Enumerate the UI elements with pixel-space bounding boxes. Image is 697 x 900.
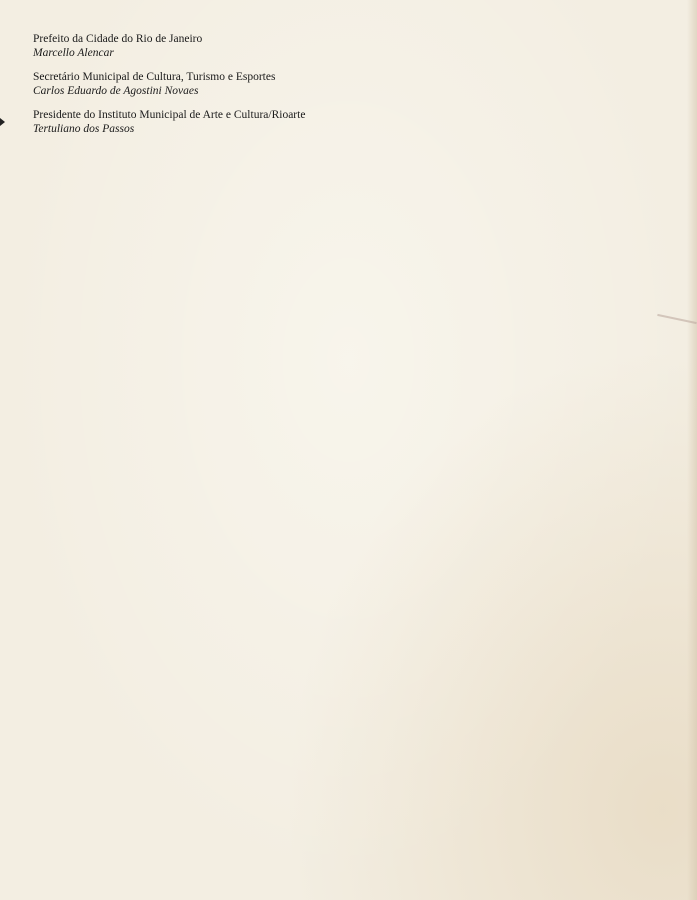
credit-president: Presidente do Instituto Municipal de Art… [33, 108, 305, 136]
credit-name: Carlos Eduardo de Agostini Novaes [33, 84, 305, 98]
credit-role: Presidente do Instituto Municipal de Art… [33, 108, 305, 122]
margin-mark [0, 118, 5, 126]
credit-mayor: Prefeito da Cidade do Rio de Janeiro Mar… [33, 32, 305, 60]
credits-block: Prefeito da Cidade do Rio de Janeiro Mar… [33, 32, 305, 146]
credit-name: Tertuliano dos Passos [33, 122, 305, 136]
paper-page: Prefeito da Cidade do Rio de Janeiro Mar… [0, 0, 697, 900]
page-edge-shadow [687, 0, 697, 900]
credit-secretary: Secretário Municipal de Cultura, Turismo… [33, 70, 305, 98]
credit-name: Marcello Alencar [33, 46, 305, 60]
credit-role: Prefeito da Cidade do Rio de Janeiro [33, 32, 305, 46]
credit-role: Secretário Municipal de Cultura, Turismo… [33, 70, 305, 84]
